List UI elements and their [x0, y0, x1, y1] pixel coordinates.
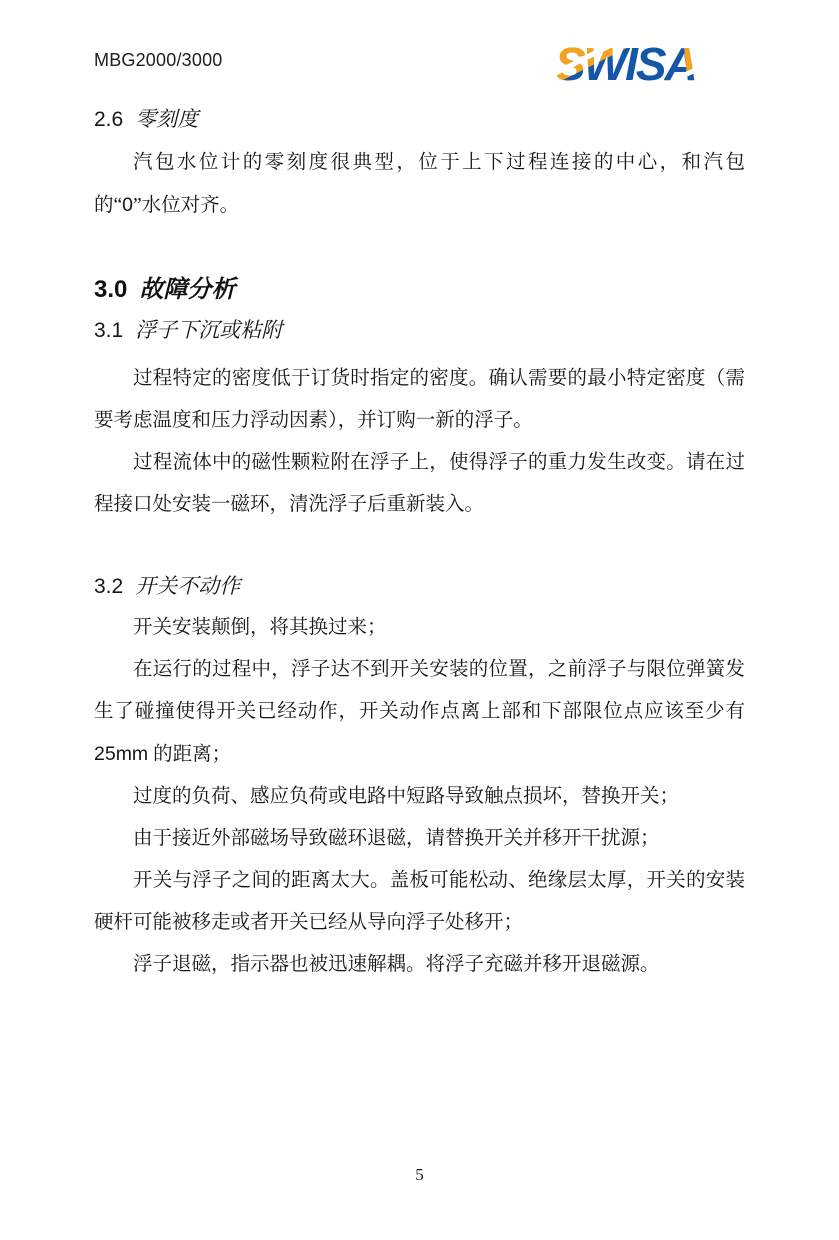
paragraph: 浮子退磁，指示器也被迅速解耦。将浮子充磁并移开退磁源。 [94, 944, 745, 986]
section-heading-3-0: 3.0故障分析 [94, 270, 745, 306]
paragraph: 过度的负荷、感应负荷或电路中短路导致触点损坏，替换开关； [94, 776, 745, 818]
section-number: 3.0 [94, 276, 127, 303]
section-paragraphs-3-2: 开关安装颠倒，将其换过来；在运行的过程中，浮子达不到开关安装的位置，之前浮子与限… [94, 607, 745, 986]
section-title: 零刻度 [135, 107, 198, 131]
paragraph: 开关与浮子之间的距离太大。盖板可能松动、绝缘层太厚，开关的安装硬杆可能被移走或者… [94, 860, 745, 944]
text-run: 0 [122, 194, 133, 216]
text-run: 的距离； [148, 744, 231, 765]
text-run: 开关与浮子之间的距离太大。盖板可能松动、绝缘层太厚，开关的安装硬杆可能被移走或者… [94, 870, 745, 933]
paragraph: 开关安装颠倒，将其换过来； [94, 607, 745, 649]
section-title: 开关不动作 [135, 574, 240, 598]
text-run: 由于接近外部磁场导致磁环退磁，请替换开关并移开干扰源； [133, 828, 660, 849]
page-content: 2.6零刻度 汽包水位计的零刻度很典型，位于上下过程连接的中心，和汽包的“0”水… [94, 105, 745, 986]
document-page: MBG2000/3000 SWISA SWISA SWISA 2.6零刻度 汽包… [0, 0, 839, 1240]
text-run: 在运行的过程中，浮子达不到开关安装的位置，之前浮子与限位弹簧发生了碰撞使得开关已… [94, 659, 745, 722]
section-paragraphs-2-6: 汽包水位计的零刻度很典型，位于上下过程连接的中心，和汽包的“0”水位对齐。 [94, 142, 745, 227]
paragraph: 在运行的过程中，浮子达不到开关安装的位置，之前浮子与限位弹簧发生了碰撞使得开关已… [94, 649, 745, 776]
section-paragraphs-3-1: 过程特定的密度低于订货时指定的密度。确认需要的最小特定密度（需要考虑温度和压力浮… [94, 358, 745, 526]
text-run: 过度的负荷、感应负荷或电路中短路导致触点损坏，替换开关； [133, 786, 679, 807]
page-header: MBG2000/3000 SWISA SWISA SWISA [94, 38, 745, 92]
section-title: 浮子下沉或粘附 [135, 318, 282, 342]
section-heading-2-6: 2.6零刻度 [94, 105, 745, 134]
swisa-logo: SWISA SWISA SWISA [555, 38, 745, 92]
paragraph: 汽包水位计的零刻度很典型，位于上下过程连接的中心，和汽包的“0”水位对齐。 [94, 142, 745, 227]
section-heading-3-2: 3.2开关不动作 [94, 572, 745, 601]
paragraph: 过程特定的密度低于订货时指定的密度。确认需要的最小特定密度（需要考虑温度和压力浮… [94, 358, 745, 442]
section-heading-3-1: 3.1浮子下沉或粘附 [94, 316, 745, 345]
paragraph: 过程流体中的磁性颗粒附在浮子上，使得浮子的重力发生改变。请在过程接口处安装一磁环… [94, 442, 745, 526]
section-number: 3.1 [94, 319, 123, 342]
text-run: 过程流体中的磁性颗粒附在浮子上，使得浮子的重力发生改变。请在过程接口处安装一磁环… [94, 452, 745, 515]
section-number: 2.6 [94, 108, 123, 131]
section-number: 3.2 [94, 575, 123, 598]
paragraph: 由于接近外部磁场导致磁环退磁，请替换开关并移开干扰源； [94, 818, 745, 860]
page-number: 5 [0, 1163, 839, 1187]
text-run: ”水位对齐。 [133, 195, 239, 216]
section-title: 故障分析 [139, 277, 235, 303]
text-run: 过程特定的密度低于订货时指定的密度。确认需要的最小特定密度（需要考虑温度和压力浮… [94, 368, 745, 431]
doc-number: MBG2000/3000 [94, 50, 223, 71]
text-run: 25mm [94, 743, 148, 765]
text-run: 开关安装颠倒，将其换过来； [133, 617, 387, 638]
text-run: 浮子退磁，指示器也被迅速解耦。将浮子充磁并移开退磁源。 [133, 954, 660, 975]
